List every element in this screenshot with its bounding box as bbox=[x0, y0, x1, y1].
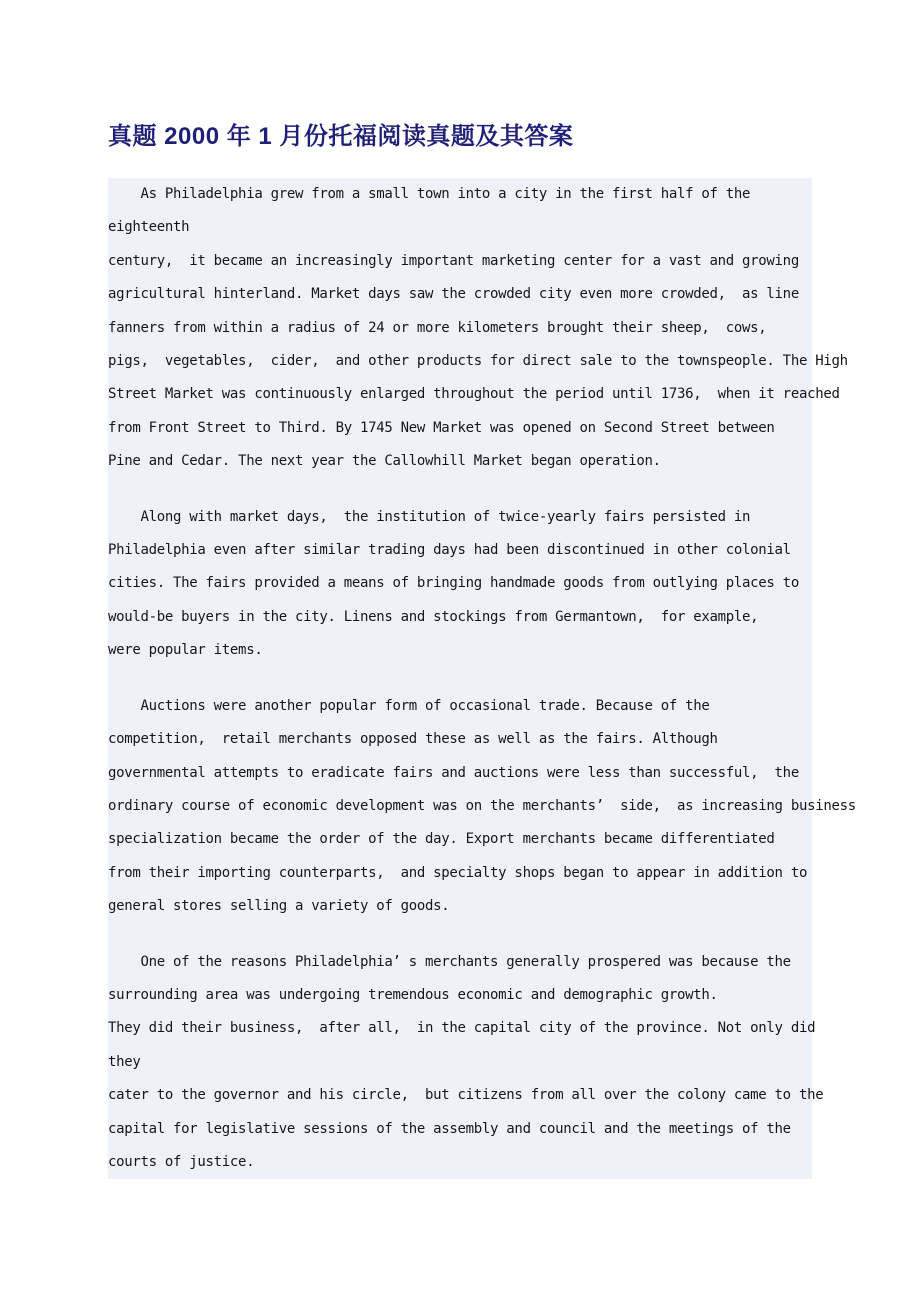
page-title: 真题 2000 年 1 月份托福阅读真题及其答案 bbox=[108, 116, 573, 151]
passage-paragraph-1: As Philadelphia grew from a small town i… bbox=[108, 178, 812, 479]
passage-paragraph-2: Along with market days, the institution … bbox=[108, 501, 812, 668]
passage-paragraph-4: One of the reasons Philadelphia’ s merch… bbox=[108, 946, 812, 1180]
passage-paragraph-3: Auctions were another popular form of oc… bbox=[108, 690, 812, 924]
reading-passage: As Philadelphia grew from a small town i… bbox=[108, 178, 812, 1179]
